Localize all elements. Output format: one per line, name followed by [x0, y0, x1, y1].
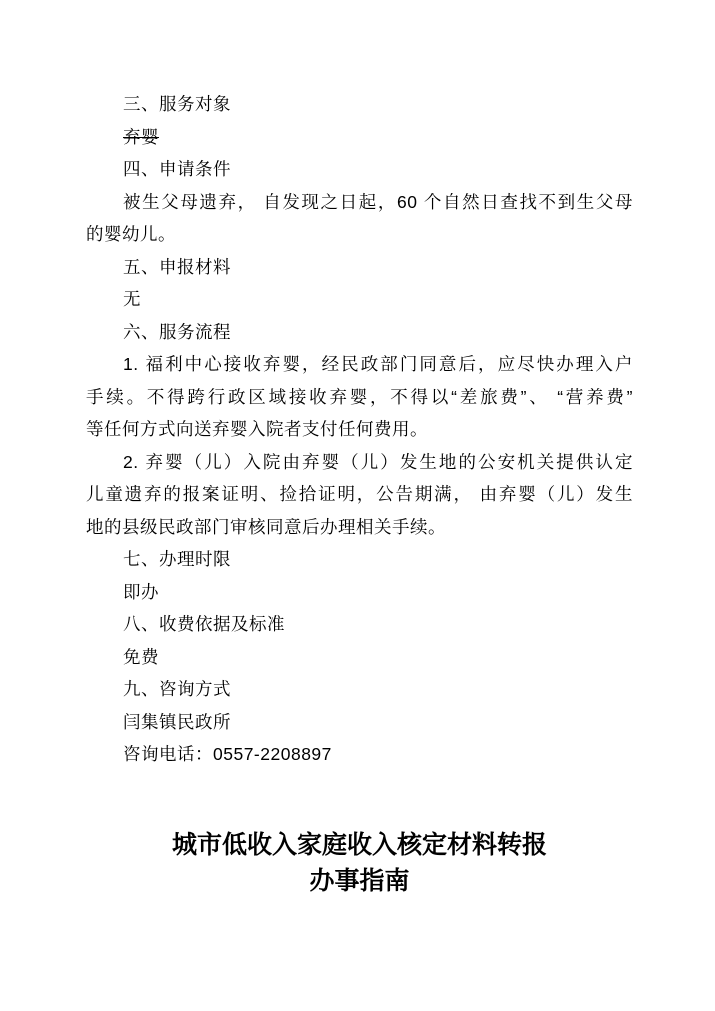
paragraph-line: 地的县级民政部门审核同意后办理相关手续。 — [86, 511, 633, 544]
paragraph-line: 等任何方式向送弃婴入院者支付任何费用。 — [86, 413, 633, 446]
paragraph-line: 2. 弃婴（儿）入院由弃婴（儿）发生地的公安机关提供认定 — [86, 446, 633, 479]
fee-standard-value: 免费 — [86, 641, 633, 674]
section-heading-application-conditions: 四、申请条件 — [86, 153, 633, 186]
section-heading-service-target: 三、服务对象 — [86, 88, 633, 121]
section-heading-service-process: 六、服务流程 — [86, 316, 633, 349]
consultation-office: 闫集镇民政所 — [86, 706, 633, 739]
next-guide-title-line1: 城市低收入家庭收入核定材料转报 — [86, 827, 633, 863]
paragraph-line: 的婴幼儿。 — [86, 218, 633, 251]
section-heading-application-materials: 五、申报材料 — [86, 251, 633, 284]
section-heading-consultation: 九、咨询方式 — [86, 673, 633, 706]
section-heading-processing-time: 七、办理时限 — [86, 543, 633, 576]
consultation-phone: 咨询电话：0557-2208897 — [86, 738, 633, 771]
document-page: 三、服务对象 弃婴 四、申请条件 被生父母遗弃， 自发现之日起，60 个自然日查… — [0, 0, 715, 1011]
paragraph-line: 儿童遗弃的报案证明、捡拾证明，公告期满， 由弃婴（儿）发生 — [86, 478, 633, 511]
paragraph-line: 被生父母遗弃， 自发现之日起，60 个自然日查找不到生父母 — [86, 186, 633, 219]
paragraph-line: 手续。不得跨行政区域接收弃婴，不得以“差旅费”、 “营养费” — [86, 381, 633, 414]
next-guide-title-line2: 办事指南 — [86, 863, 633, 899]
paragraph-line: 1. 福利中心接收弃婴，经民政部门同意后，应尽快办理入户 — [86, 348, 633, 381]
application-materials-value: 无 — [86, 283, 633, 316]
section-heading-fee-standard: 八、收费依据及标准 — [86, 608, 633, 641]
next-guide-title: 城市低收入家庭收入核定材料转报 办事指南 — [86, 827, 633, 899]
service-target-value-struck: 弃婴 — [86, 121, 633, 154]
processing-time-value: 即办 — [86, 576, 633, 609]
document-body: 三、服务对象 弃婴 四、申请条件 被生父母遗弃， 自发现之日起，60 个自然日查… — [86, 88, 633, 899]
